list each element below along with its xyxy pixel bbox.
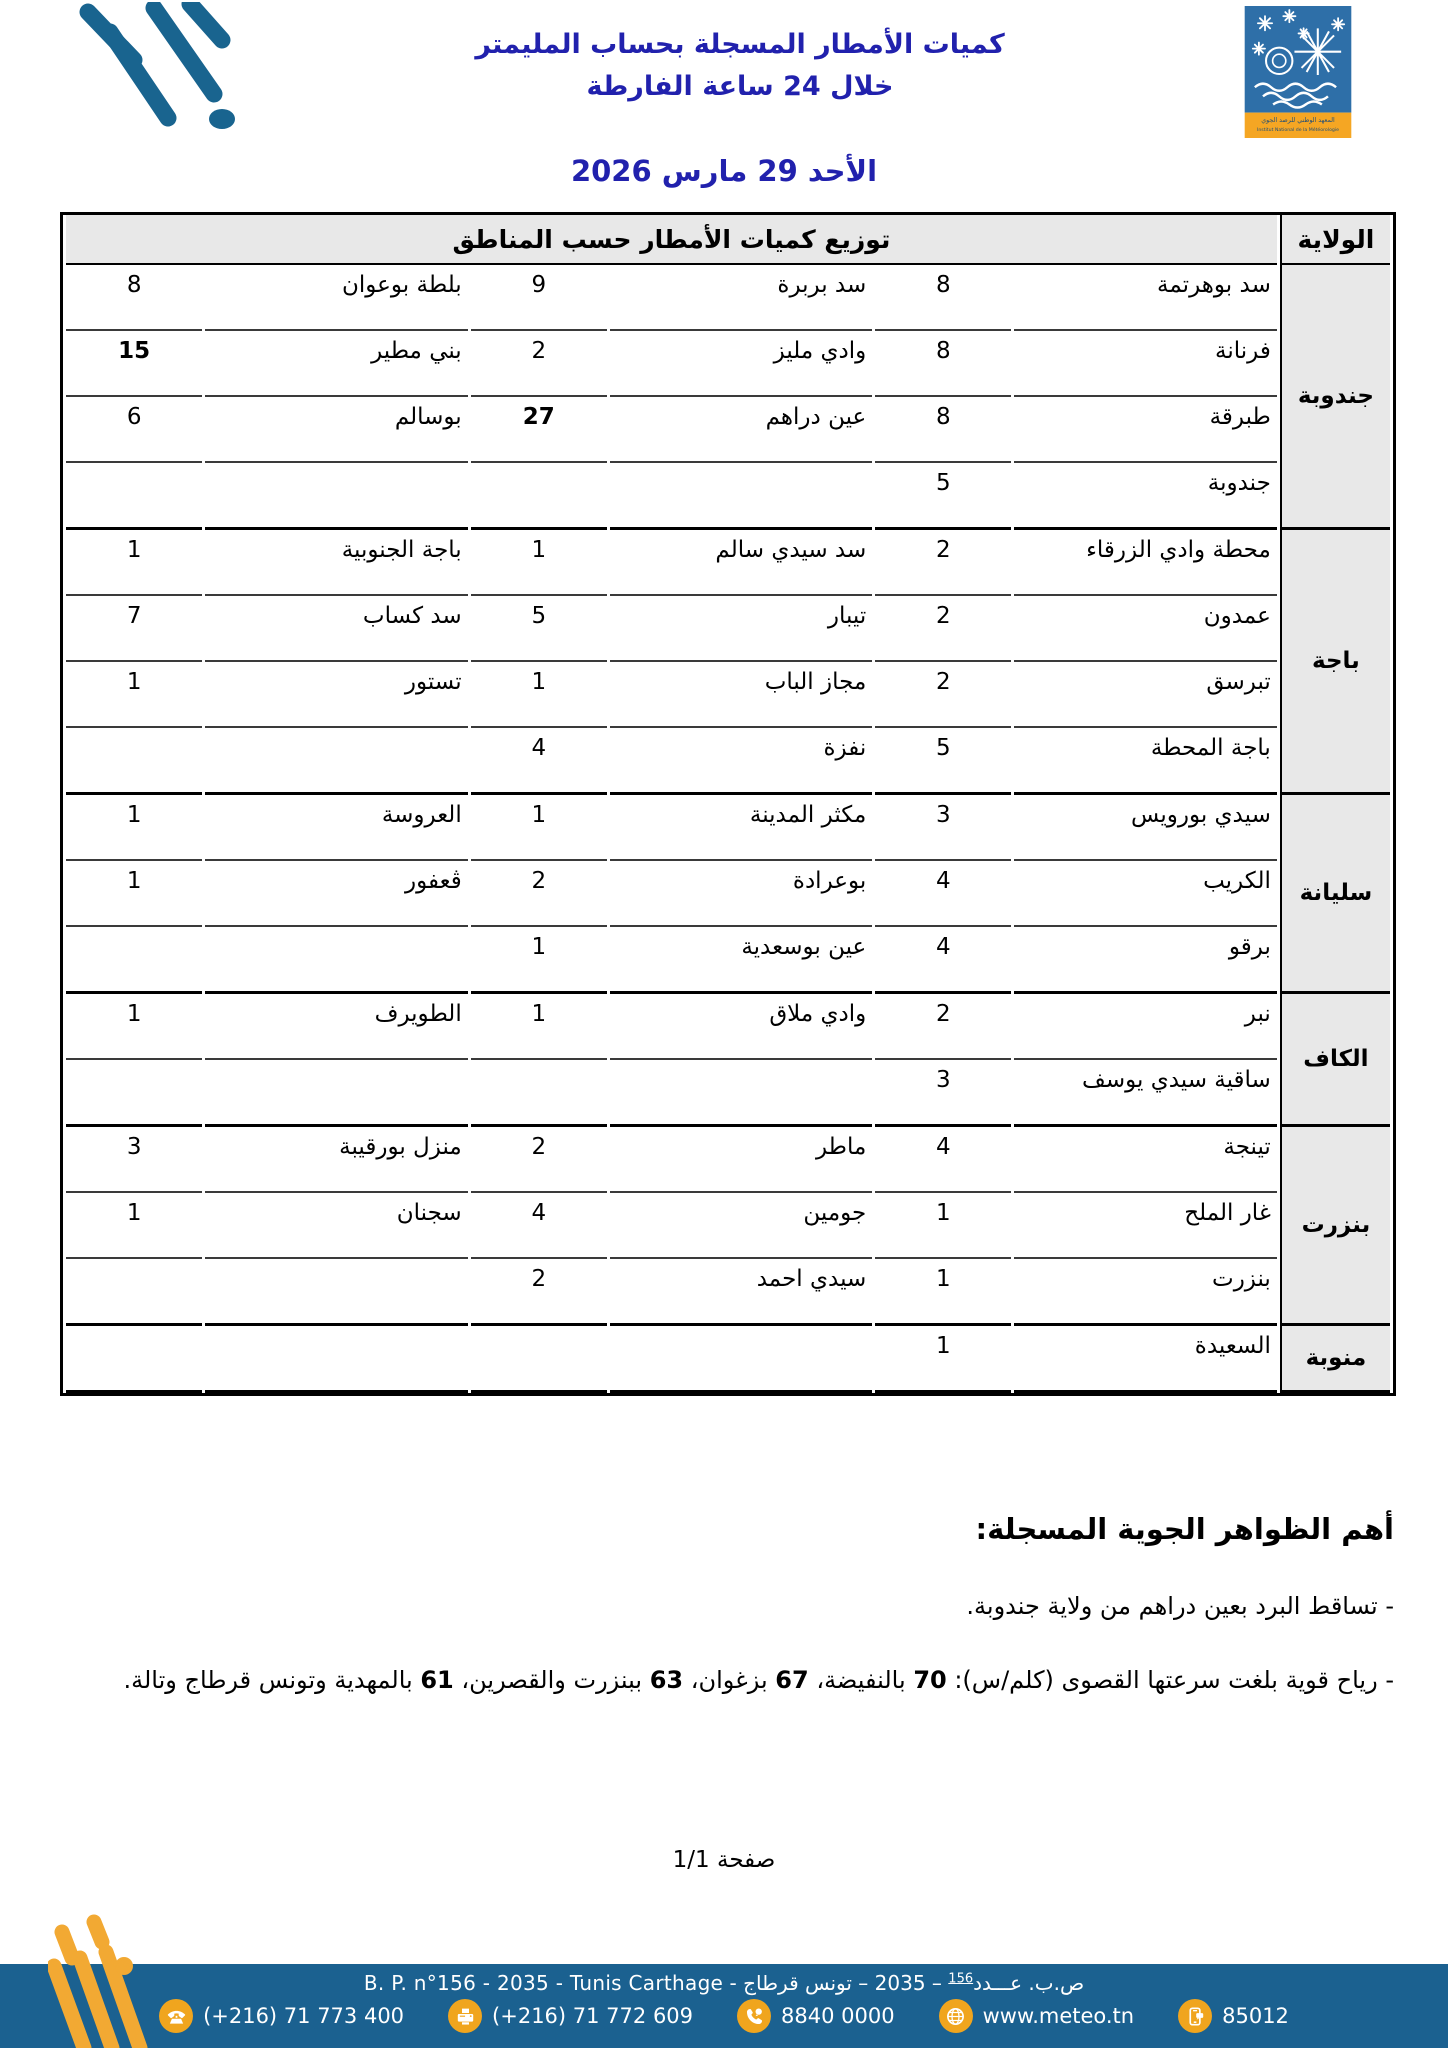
contact-item: (+216) 71 772 609 xyxy=(448,1999,693,2033)
table-row: ساقية سيدي يوسف3 xyxy=(66,1060,1390,1127)
rain-value-cell: 8 xyxy=(875,397,1011,463)
rain-value-cell: 8 xyxy=(875,331,1011,397)
governorate-cell: منوبة xyxy=(1280,1326,1390,1393)
table-row: بنزرت1سيدي احمد2 xyxy=(66,1259,1390,1326)
station-cell: منزل بورقيبة xyxy=(205,1127,467,1193)
wind-text: بزغوان، xyxy=(683,1666,775,1694)
station-cell xyxy=(205,1259,467,1326)
governorate-cell: سليانة xyxy=(1280,795,1390,994)
rain-value-cell: 5 xyxy=(875,728,1011,795)
station-cell: مكثر المدينة xyxy=(610,795,872,861)
rain-value-cell: 2 xyxy=(875,994,1011,1060)
station-cell: ماطر xyxy=(610,1127,872,1193)
table-row: طبرقة8عين دراهم27بوسالم6 xyxy=(66,397,1390,463)
rain-value-cell: 5 xyxy=(875,463,1011,530)
contact-item: www.meteo.tn xyxy=(939,1999,1135,2033)
phenomena-section: أهم الظواهر الجوية المسجلة: - تساقط البر… xyxy=(0,1512,1448,1694)
governorate-cell: باجة xyxy=(1280,530,1390,795)
contact-item: 8840 0000 xyxy=(737,1999,895,2033)
station-cell: عين بوسعدية xyxy=(610,927,872,994)
table-row: عمدون2تيبار5سد كساب7 xyxy=(66,596,1390,662)
hail-line: - تساقط البرد بعين دراهم من ولاية جندوبة… xyxy=(70,1592,1394,1620)
governorate-cell: جندوبة xyxy=(1280,265,1390,530)
inm-logo-french-text: Institut National de la Météorologie xyxy=(1257,126,1339,133)
wind-speed-value: 63 xyxy=(650,1666,683,1694)
station-cell: سجنان xyxy=(205,1193,467,1259)
report-date: الأحد 29 مارس 2026 xyxy=(0,154,1448,188)
rainfall-table: الولاية توزيع كميات الأمطار حسب المناطق … xyxy=(60,212,1396,1396)
station-cell: السعيدة xyxy=(1014,1326,1276,1393)
station-cell: برقو xyxy=(1014,927,1276,994)
rain-value-cell: 27 xyxy=(471,397,607,463)
rain-value-cell: 8 xyxy=(875,265,1011,331)
contact-item: 85012 xyxy=(1178,1999,1289,2033)
page-header: كميات الأمطار المسجلة بحساب المليمتر خلا… xyxy=(0,0,1448,152)
address-latin: B. P. n°156 - 2035 - Tunis Carthage xyxy=(364,1971,723,1995)
station-cell: باجة الجنوبية xyxy=(205,530,467,596)
station-cell: بلطة بوعوان xyxy=(205,265,467,331)
station-cell: ڤعفور xyxy=(205,861,467,927)
station-cell: ساقية سيدي يوسف xyxy=(1014,1060,1276,1127)
station-cell: نبر xyxy=(1014,994,1276,1060)
wind-text: بالمهدية وتونس قرطاج وتالة. xyxy=(124,1666,421,1694)
wind-line: - رياح قوية بلغت سرعتها القصوى (كلم/س): … xyxy=(70,1666,1394,1694)
station-cell: تيبار xyxy=(610,596,872,662)
postal-address: ص.ب. عـــدد156 – 2035 – تونس قرطاج - B. … xyxy=(0,1971,1448,1995)
rain-value-cell: 4 xyxy=(471,728,607,795)
rain-value-cell: 3 xyxy=(875,795,1011,861)
rain-value-cell: 5 xyxy=(471,596,607,662)
rain-value-cell xyxy=(66,463,202,530)
report-title-line1: كميات الأمطار المسجلة بحساب المليمتر xyxy=(236,24,1244,66)
table-row: منوبةالسعيدة1 xyxy=(66,1326,1390,1393)
footer-stripes-decoration xyxy=(48,1914,198,2048)
rain-value-cell: 3 xyxy=(875,1060,1011,1127)
contact-label: (+216) 71 773 400 xyxy=(203,2004,404,2028)
globe-icon xyxy=(939,1999,973,2033)
rain-value-cell: 1 xyxy=(66,1193,202,1259)
station-cell xyxy=(205,1060,467,1127)
station-cell: عمدون xyxy=(1014,596,1276,662)
rain-value-cell: 4 xyxy=(875,861,1011,927)
address-arabic-label: ص.ب. عـــدد xyxy=(973,1971,1084,1995)
table-row: بنزرتتينجة4ماطر2منزل بورقيبة3 xyxy=(66,1127,1390,1193)
inm-logo-arabic-text: المعهد الوطني للرصد الجوي xyxy=(1261,117,1335,124)
governorate-cell: بنزرت xyxy=(1280,1127,1390,1326)
table-row: غار الملح1جومين4سجنان1 xyxy=(66,1193,1390,1259)
contact-label: www.meteo.tn xyxy=(983,2004,1135,2028)
contact-list: (+216) 71 773 400(+216) 71 772 6098840 0… xyxy=(0,1999,1448,2033)
rain-value-cell: 1 xyxy=(875,1326,1011,1393)
rain-value-cell xyxy=(471,1326,607,1393)
station-cell: تستور xyxy=(205,662,467,728)
station-cell: تينجة xyxy=(1014,1127,1276,1193)
contact-label: (+216) 71 772 609 xyxy=(492,2004,693,2028)
table-row: سليانةسيدي بورويس3مكثر المدينة1العروسة1 xyxy=(66,795,1390,861)
address-box-number: 156 xyxy=(948,1971,973,1986)
rain-value-cell: 9 xyxy=(471,265,607,331)
report-title-line2: خلال 24 ساعة الفارطة xyxy=(236,66,1244,108)
rain-value-cell xyxy=(66,1326,202,1393)
wind-speed-value: 70 xyxy=(913,1666,946,1694)
station-cell: سد بربرة xyxy=(610,265,872,331)
table-header-row: الولاية توزيع كميات الأمطار حسب المناطق xyxy=(66,215,1390,265)
rain-value-cell xyxy=(66,728,202,795)
table-row: جندوبة5 xyxy=(66,463,1390,530)
rain-value-cell: 3 xyxy=(66,1127,202,1193)
report-title: كميات الأمطار المسجلة بحساب المليمتر خلا… xyxy=(236,24,1244,108)
rain-value-cell: 1 xyxy=(471,795,607,861)
station-cell xyxy=(205,1326,467,1393)
rain-value-cell: 1 xyxy=(471,927,607,994)
station-cell: بنزرت xyxy=(1014,1259,1276,1326)
station-cell xyxy=(205,927,467,994)
table-row: الكافنبر2وادي ملاق1الطويرف1 xyxy=(66,994,1390,1060)
station-cell: باجة المحطة xyxy=(1014,728,1276,795)
station-cell: الكريب xyxy=(1014,861,1276,927)
rain-value-cell: 1 xyxy=(66,994,202,1060)
rain-value-cell: 8 xyxy=(66,265,202,331)
station-cell: العروسة xyxy=(205,795,467,861)
rain-value-cell: 4 xyxy=(875,1127,1011,1193)
station-cell xyxy=(205,463,467,530)
station-cell: سد سيدي سالم xyxy=(610,530,872,596)
rain-value-cell: 2 xyxy=(471,1259,607,1326)
rain-value-cell xyxy=(66,927,202,994)
station-cell: سد كساب xyxy=(205,596,467,662)
rain-value-cell: 2 xyxy=(471,331,607,397)
station-cell: تبرسق xyxy=(1014,662,1276,728)
station-cell: بوسالم xyxy=(205,397,467,463)
inm-brand-mark-icon xyxy=(56,2,236,154)
station-cell: سد بوهرتمة xyxy=(1014,265,1276,331)
station-cell: الطويرف xyxy=(205,994,467,1060)
rain-value-cell: 4 xyxy=(471,1193,607,1259)
table-row: تبرسق2مجاز الباب1تستور1 xyxy=(66,662,1390,728)
station-cell xyxy=(610,1326,872,1393)
address-arabic-rest: – 2035 – تونس قرطاج xyxy=(743,1971,942,1995)
wind-text: - رياح قوية بلغت سرعتها القصوى (كلم/س): xyxy=(947,1666,1394,1694)
rain-value-cell: 1 xyxy=(875,1193,1011,1259)
rain-value-cell: 1 xyxy=(66,795,202,861)
station-cell: سيدي احمد xyxy=(610,1259,872,1326)
station-cell: مجاز الباب xyxy=(610,662,872,728)
sms-icon xyxy=(1178,1999,1212,2033)
contact-label: 8840 0000 xyxy=(781,2004,895,2028)
rain-value-cell xyxy=(66,1060,202,1127)
rain-value-cell: 1 xyxy=(471,994,607,1060)
rain-value-cell xyxy=(471,463,607,530)
wind-speed-value: 61 xyxy=(420,1666,453,1694)
rain-value-cell: 2 xyxy=(875,530,1011,596)
station-cell: طبرقة xyxy=(1014,397,1276,463)
station-cell: عين دراهم xyxy=(610,397,872,463)
station-cell: سيدي بورويس xyxy=(1014,795,1276,861)
station-cell: جومين xyxy=(610,1193,872,1259)
station-cell xyxy=(610,463,872,530)
rain-value-cell: 1 xyxy=(66,662,202,728)
footer-band: ص.ب. عـــدد156 – 2035 – تونس قرطاج - B. … xyxy=(0,1964,1448,2048)
fax-icon xyxy=(448,1999,482,2033)
rain-value-cell: 15 xyxy=(66,331,202,397)
station-cell: بوعرادة xyxy=(610,861,872,927)
rain-value-cell xyxy=(471,1060,607,1127)
rain-value-cell: 6 xyxy=(66,397,202,463)
table-row: فرنانة8وادي مليز2بني مطير15 xyxy=(66,331,1390,397)
wind-text: ببنزرت والقصرين، xyxy=(454,1666,650,1694)
station-cell: وادي مليز xyxy=(610,331,872,397)
wind-text: بالنفيضة، xyxy=(809,1666,914,1694)
rain-value-cell: 1 xyxy=(471,662,607,728)
rain-value-cell: 1 xyxy=(875,1259,1011,1326)
table-row: جندوبةسد بوهرتمة8سد بربرة9بلطة بوعوان8 xyxy=(66,265,1390,331)
station-cell: محطة وادي الزرقاء xyxy=(1014,530,1276,596)
station-cell: فرنانة xyxy=(1014,331,1276,397)
phenomena-heading: أهم الظواهر الجوية المسجلة: xyxy=(70,1512,1394,1546)
table-row: باجة المحطة5نفزة4 xyxy=(66,728,1390,795)
rain-value-cell: 2 xyxy=(471,1127,607,1193)
rain-table-body: الولاية توزيع كميات الأمطار حسب المناطق … xyxy=(66,215,1390,1393)
report-page: { "header": { "title_line1": "كميات الأم… xyxy=(0,0,1448,2048)
rain-value-cell: 2 xyxy=(471,861,607,927)
rain-value-cell: 4 xyxy=(875,927,1011,994)
rain-value-cell: 1 xyxy=(66,861,202,927)
governorate-column-header: الولاية xyxy=(1280,215,1390,265)
station-cell xyxy=(205,728,467,795)
table-row: باجةمحطة وادي الزرقاء2سد سيدي سالم1باجة … xyxy=(66,530,1390,596)
station-cell xyxy=(610,1060,872,1127)
station-cell: غار الملح xyxy=(1014,1193,1276,1259)
contact-label: 85012 xyxy=(1222,2004,1289,2028)
page-number: صفحة 1/1 xyxy=(0,1847,1448,1873)
governorate-cell: الكاف xyxy=(1280,994,1390,1127)
inm-logo: المعهد الوطني للرصد الجوي Institut Natio… xyxy=(1244,6,1352,142)
wind-speed-value: 67 xyxy=(775,1666,808,1694)
station-cell: بني مطير xyxy=(205,331,467,397)
rain-value-cell: 2 xyxy=(875,596,1011,662)
station-cell: نفزة xyxy=(610,728,872,795)
rain-value-cell: 1 xyxy=(471,530,607,596)
rain-value-cell: 7 xyxy=(66,596,202,662)
table-row: برقو4عين بوسعدية1 xyxy=(66,927,1390,994)
rain-value-cell: 1 xyxy=(66,530,202,596)
table-row: الكريب4بوعرادة2ڤعفور1 xyxy=(66,861,1390,927)
station-cell: وادي ملاق xyxy=(610,994,872,1060)
rain-value-cell: 2 xyxy=(875,662,1011,728)
distribution-header: توزيع كميات الأمطار حسب المناطق xyxy=(66,215,1277,265)
handset-icon xyxy=(737,1999,771,2033)
station-cell: جندوبة xyxy=(1014,463,1276,530)
rain-value-cell xyxy=(66,1259,202,1326)
